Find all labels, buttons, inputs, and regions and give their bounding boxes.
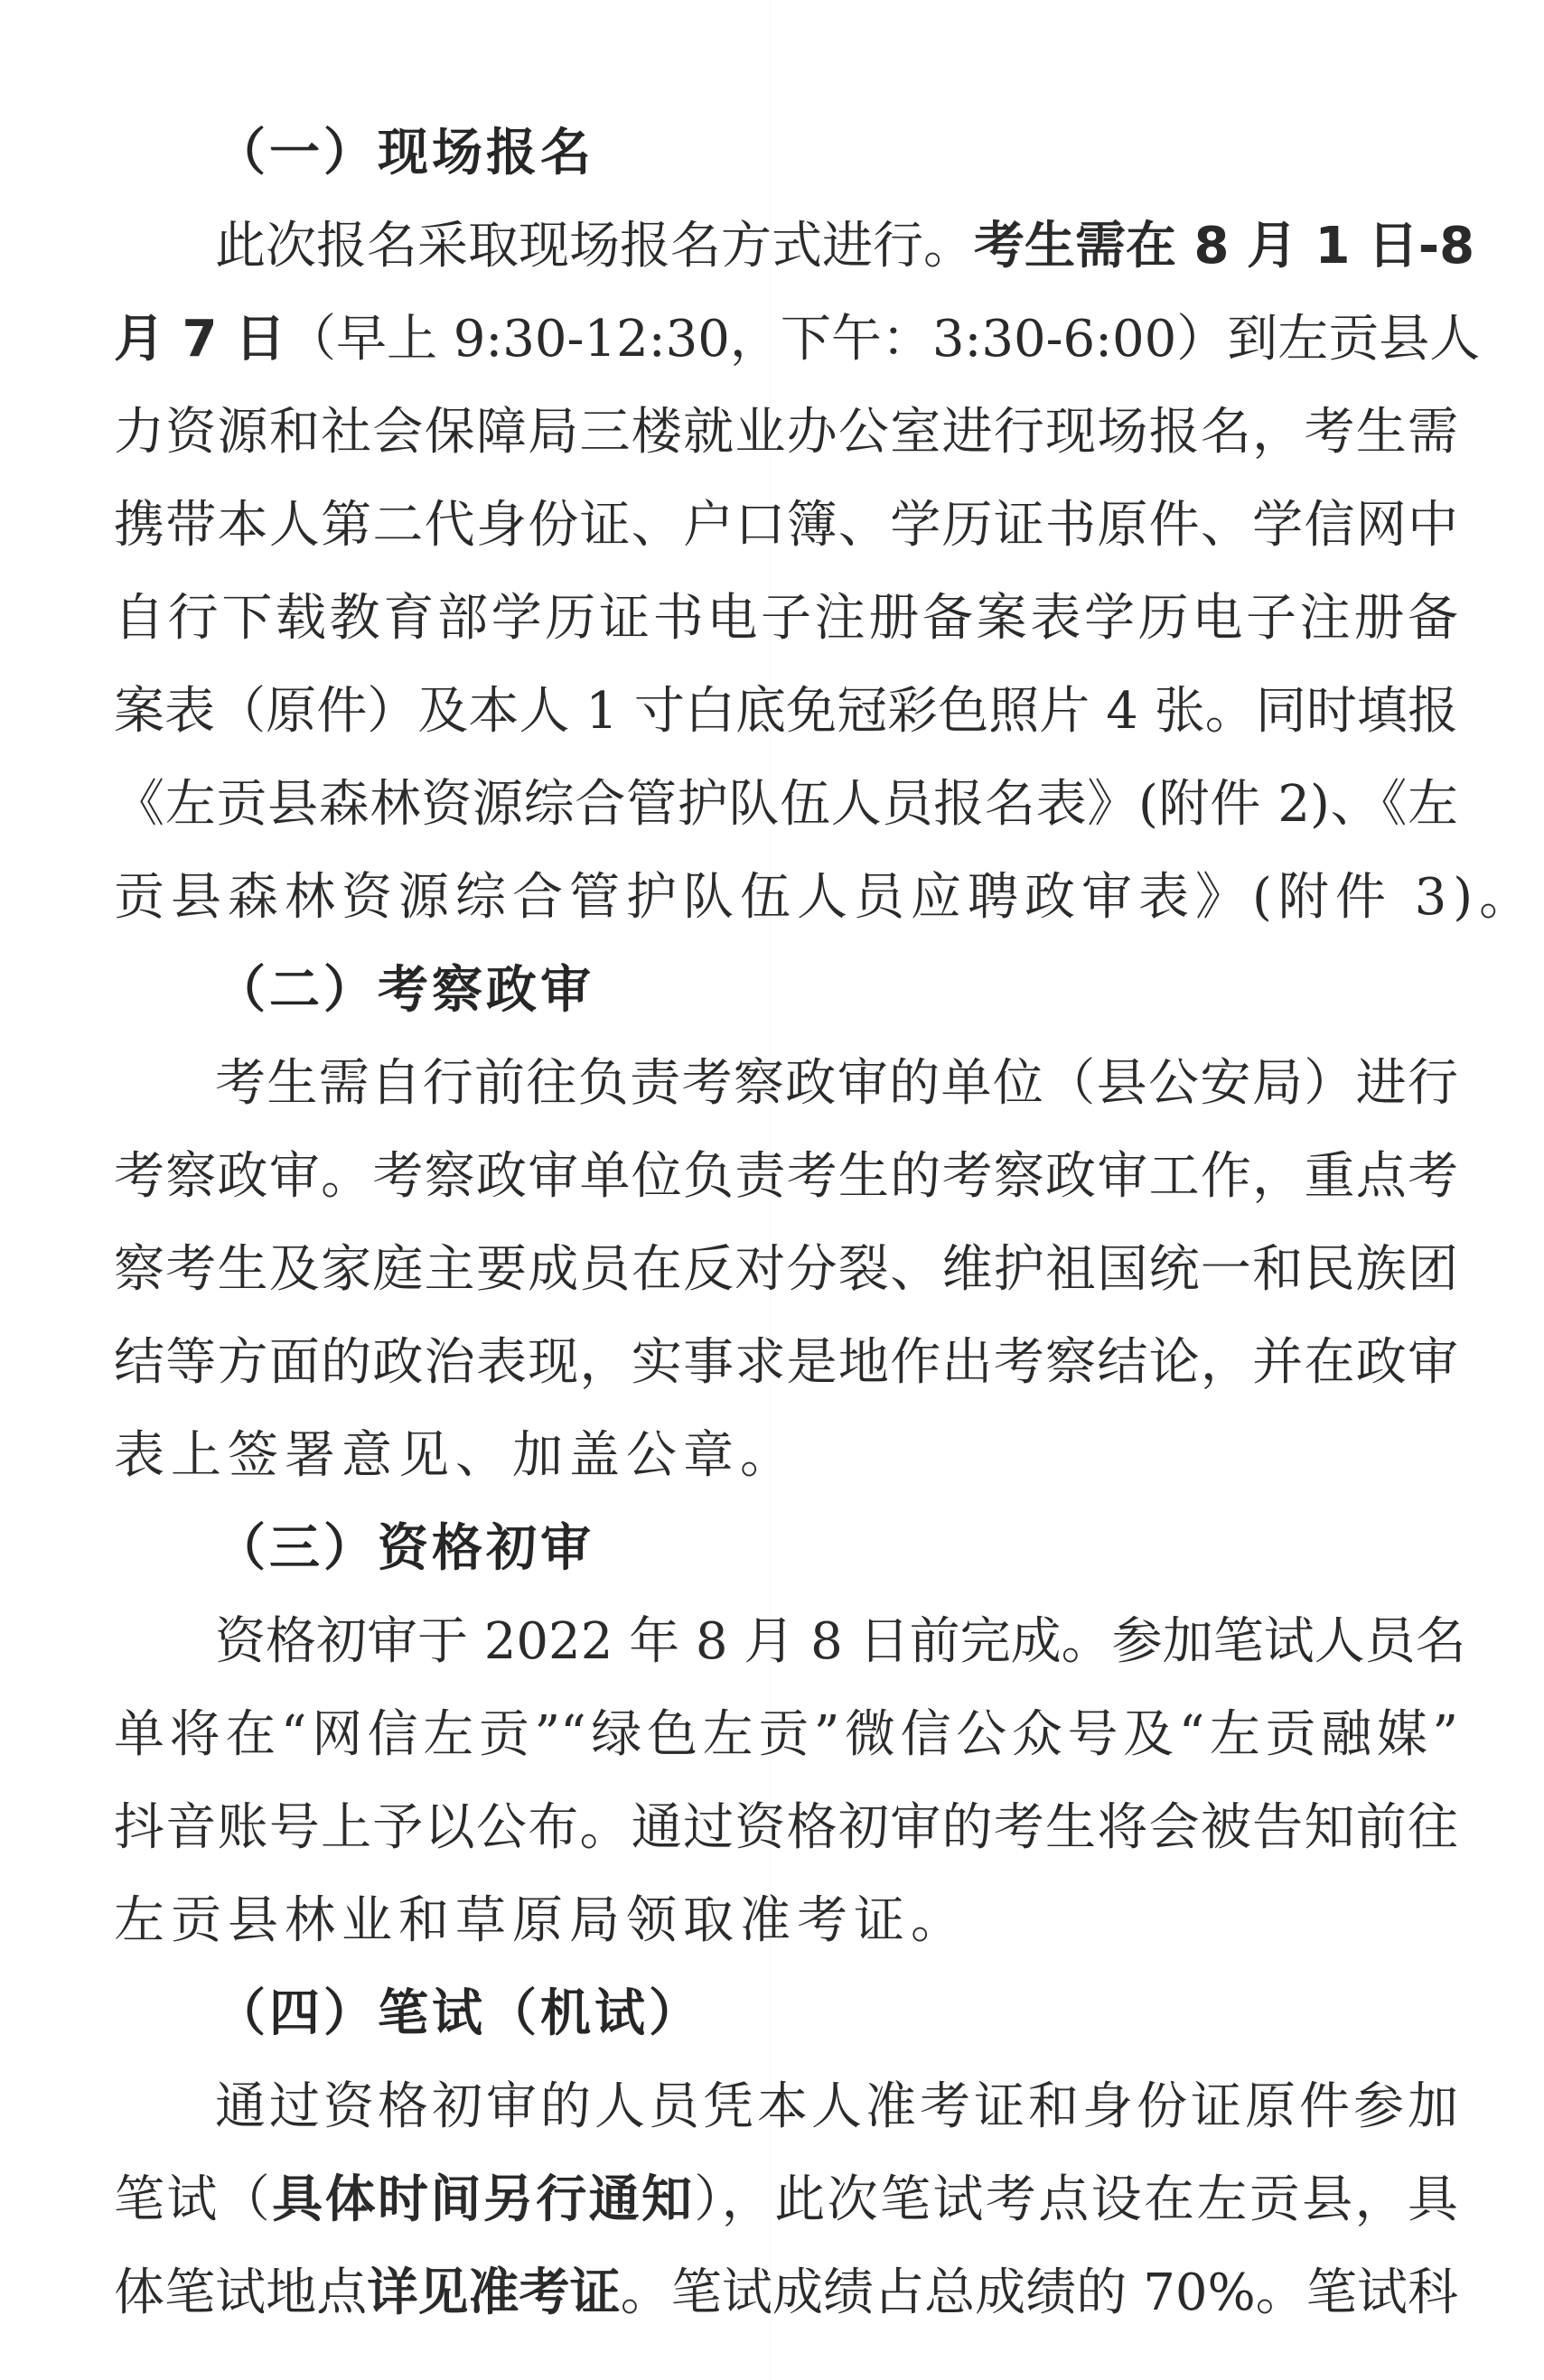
- section-qualification-review: （三）资格初审 资格初审于 2022 年 8 月 8 日前完成。参加笔试人员名 …: [114, 1502, 1458, 1967]
- text-run: 左贡县林业和草原局领取准考证。: [114, 1891, 968, 1950]
- paragraph-line: 笔试（具体时间另行通知），此次笔试考点设在左贡县，具: [114, 2153, 1458, 2246]
- bold-text-run: 具体时间另行通知: [272, 2170, 694, 2229]
- section-political-review: （二）考察政审 考生需自行前往负责考察政审的单位（县公安局）进行 考察政审。考察…: [114, 944, 1458, 1502]
- text-run: 。笔试成绩占总成绩的 70%。笔试科: [621, 2263, 1458, 2322]
- paragraph-line: 此次报名采取现场报名方式进行。考生需在 8 月 1 日-8: [114, 200, 1458, 293]
- section-heading: （一）现场报名: [114, 107, 1458, 200]
- paragraph-line: 资格初审于 2022 年 8 月 8 日前完成。参加笔试人员名: [114, 1595, 1458, 1688]
- section-heading: （二）考察政审: [114, 944, 1458, 1037]
- paragraph-line: 单将在“网信左贡”“绿色左贡”微信公众号及“左贡融媒”: [114, 1688, 1458, 1781]
- text-run: 抖音账号上予以公布。通过资格初审的考生将会被告知前往: [114, 1798, 1458, 1857]
- bold-text-run: 考生需在 8 月 1 日-8: [974, 217, 1474, 275]
- bold-text-run: 详见准考证: [367, 2263, 620, 2322]
- paragraph-line: 结等方面的政治表现，实事求是地作出考察结论，并在政审: [114, 1316, 1458, 1409]
- section-onsite-registration: （一）现场报名 此次报名采取现场报名方式进行。考生需在 8 月 1 日-8 月 …: [114, 107, 1458, 944]
- text-run: 案表（原件）及本人 1 寸白底免冠彩色照片 4 张。同时填报: [114, 682, 1458, 741]
- text-run: 资格初审于 2022 年 8 月 8 日前完成。参加笔试人员名: [215, 1612, 1466, 1671]
- section-heading: （三）资格初审: [114, 1502, 1458, 1595]
- paragraph-line: 表上签署意见、加盖公章。: [114, 1409, 1458, 1502]
- paragraph-line: 月 7 日（早上 9:30-12:30，下午：3:30-6:00）到左贡县人: [114, 293, 1458, 386]
- text-run: 考生需自行前往负责考察政审的单位（县公安局）进行: [215, 1054, 1458, 1113]
- paragraph-line: 考生需自行前往负责考察政审的单位（县公安局）进行: [114, 1037, 1458, 1130]
- paragraph-line: 自行下载教育部学历证书电子注册备案表学历电子注册备: [114, 572, 1458, 665]
- paragraph-line: 《左贡县森林资源综合管护队伍人员报名表》(附件 2)、《左: [114, 758, 1458, 851]
- text-run: 力资源和社会保障局三楼就业办公室进行现场报名，考生需: [114, 403, 1458, 462]
- text-run: 通过资格初审的人员凭本人准考证和身份证原件参加: [215, 2077, 1458, 2136]
- text-run: 考察政审。考察政审单位负责考生的考察政审工作，重点考: [114, 1147, 1458, 1206]
- text-run: 携带本人第二代身份证、户口簿、学历证书原件、学信网中: [114, 496, 1458, 555]
- paragraph-line: 左贡县林业和草原局领取准考证。: [114, 1874, 1458, 1967]
- text-run: 此次报名采取现场报名方式进行。: [215, 217, 974, 275]
- paragraph-line: 力资源和社会保障局三楼就业办公室进行现场报名，考生需: [114, 386, 1458, 479]
- section-heading: （四）笔试（机试）: [114, 1967, 1458, 2060]
- text-run: 《左贡县森林资源综合管护队伍人员报名表》(附件 2)、《左: [114, 775, 1458, 834]
- text-run: 察考生及家庭主要成员在反对分裂、维护祖国统一和民族团: [114, 1240, 1458, 1299]
- paragraph-line: 贡县森林资源综合管护队伍人员应聘政审表》(附件 3)。: [114, 851, 1458, 944]
- text-run: 结等方面的政治表现，实事求是地作出考察结论，并在政审: [114, 1333, 1458, 1392]
- paragraph-line: 案表（原件）及本人 1 寸白底免冠彩色照片 4 张。同时填报: [114, 665, 1458, 758]
- paragraph-line: 体笔试地点详见准考证。笔试成绩占总成绩的 70%。笔试科: [114, 2246, 1458, 2339]
- text-run: 贡县森林资源综合管护队伍人员应聘政审表》(附件 3)。: [114, 868, 1536, 927]
- bold-text-run: 月 7 日: [114, 310, 285, 369]
- text-run: 体笔试地点: [114, 2263, 367, 2322]
- paragraph-line: 察考生及家庭主要成员在反对分裂、维护祖国统一和民族团: [114, 1223, 1458, 1316]
- text-run: 自行下载教育部学历证书电子注册备案表学历电子注册备: [114, 589, 1458, 648]
- paragraph-line: 携带本人第二代身份证、户口簿、学历证书原件、学信网中: [114, 479, 1458, 572]
- document-page: （一）现场报名 此次报名采取现场报名方式进行。考生需在 8 月 1 日-8 月 …: [114, 107, 1458, 2339]
- paragraph-line: 通过资格初审的人员凭本人准考证和身份证原件参加: [114, 2060, 1458, 2153]
- text-run: ），此次笔试考点设在左贡县，具: [694, 2170, 1458, 2229]
- text-run: （早上 9:30-12:30，下午：3:30-6:00）到左贡县人: [285, 310, 1480, 369]
- paragraph-line: 考察政审。考察政审单位负责考生的考察政审工作，重点考: [114, 1130, 1458, 1223]
- paragraph-line: 抖音账号上予以公布。通过资格初审的考生将会被告知前往: [114, 1781, 1458, 1874]
- section-written-exam: （四）笔试（机试） 通过资格初审的人员凭本人准考证和身份证原件参加 笔试（具体时…: [114, 1967, 1458, 2339]
- text-run: 单将在“网信左贡”“绿色左贡”微信公众号及“左贡融媒”: [114, 1705, 1458, 1764]
- text-run: 表上签署意见、加盖公章。: [114, 1426, 797, 1485]
- text-run: 笔试（: [114, 2170, 272, 2229]
